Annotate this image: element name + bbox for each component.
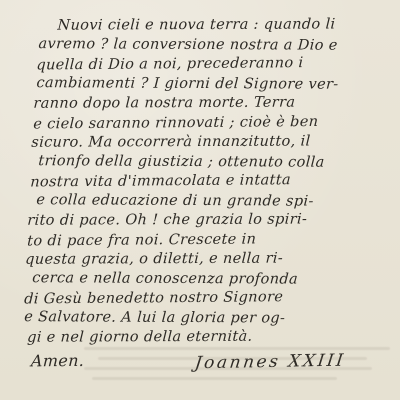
manuscript-line: e Salvatore. A lui la gloria per og-: [24, 308, 361, 329]
manuscript-line: e cielo saranno rinnovati ; cioè è ben: [33, 112, 370, 134]
manuscript-line: rito di pace. Oh ! che grazia lo spiri-: [27, 210, 364, 231]
manuscript-line: cambiamenti ? I giorni del Signore ver-: [36, 74, 373, 95]
manuscript-line: to di pace fra noi. Crescete in: [27, 229, 364, 251]
manuscript-line: di Gesù benedetto nostro Signore: [24, 288, 361, 310]
manuscript-line: quella di Dio a noi, precederanno i: [36, 54, 373, 76]
manuscript-line: ranno dopo la nostra morte. Terra: [33, 93, 370, 114]
manuscript-line: trionfo della giustizia ; ottenuto colla: [32, 152, 369, 173]
manuscript-line: avremo ? la conversione nostra a Dio e: [38, 35, 375, 56]
manuscript-line: gi e nel giorno della eternità.: [21, 327, 358, 348]
manuscript-line: Nuovi cieli e nuova terra : quando li: [37, 15, 374, 36]
letter-page: Nuovi cieli e nuova terra : quando li av…: [0, 0, 400, 400]
manuscript-body: Nuovi cieli e nuova terra : quando li av…: [20, 16, 374, 369]
manuscript-line: e colla educazione di un grande spi-: [30, 191, 367, 212]
manuscript-line: sicuro. Ma occorrerà innanzitutto, il: [31, 132, 368, 153]
manuscript-line: cerca e nella conoscenza profonda: [26, 269, 363, 290]
manuscript-line: questa grazia, o diletti, e nella ri-: [25, 249, 362, 270]
signature: Joannes XXIII: [194, 351, 347, 374]
manuscript-line: nostra vita d'immacolata e intatta: [30, 171, 367, 193]
